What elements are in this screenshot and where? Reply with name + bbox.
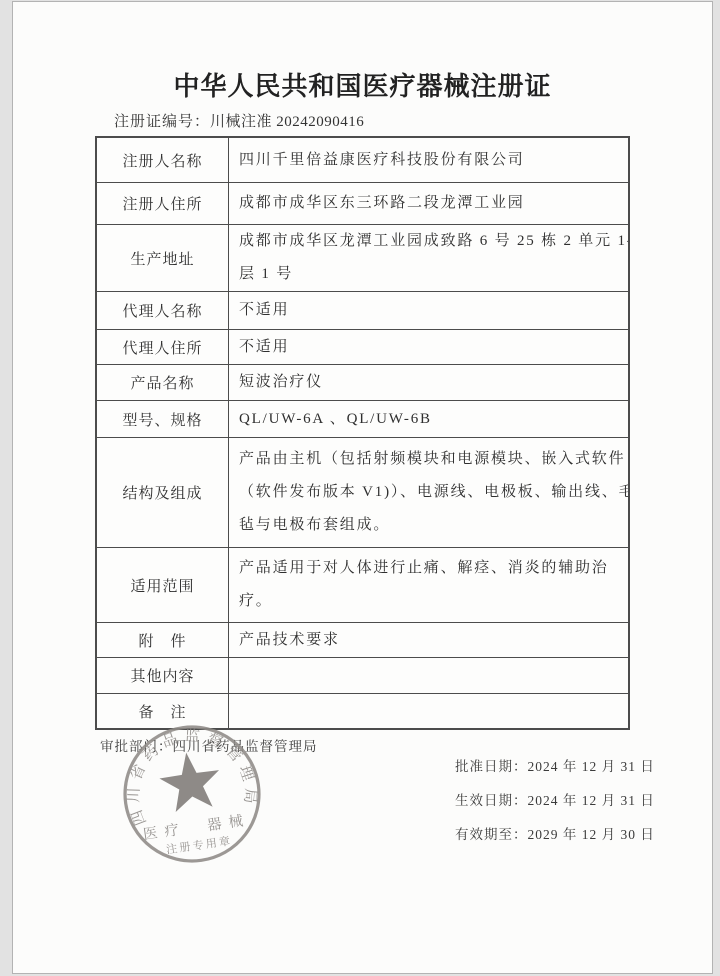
row-value bbox=[229, 694, 628, 728]
certificate-title: 中华人民共和国医疗器械注册证 bbox=[13, 66, 712, 103]
row-label: 注册人住所 bbox=[97, 183, 229, 224]
certificate-photo: { "doc": { "title": "中华人民共和国医疗器械注册证", "c… bbox=[0, 0, 720, 976]
table-row: 产品名称 短波治疗仪 bbox=[97, 365, 628, 401]
table-row: 生产地址 成都市成华区龙潭工业园成致路 6 号 25 栋 2 单元 1-3 层 … bbox=[97, 225, 628, 292]
row-label: 代理人名称 bbox=[97, 292, 229, 329]
expiry-date: 有效期至：2029 年 12 月 30 日 bbox=[455, 826, 655, 843]
table-row: 注册人名称 四川千里倍益康医疗科技股份有限公司 bbox=[97, 138, 628, 183]
table-row: 型号、规格 QL/UW-6A 、QL/UW-6B bbox=[97, 401, 628, 438]
table-row: 适用范围 产品适用于对人体进行止痛、解痉、消炎的辅助治 疗。 bbox=[97, 548, 628, 623]
row-value: 不适用 bbox=[229, 330, 628, 364]
row-value bbox=[229, 658, 628, 693]
row-value: 成都市成华区龙潭工业园成致路 6 号 25 栋 2 单元 1-3 层 1 号 bbox=[229, 225, 628, 291]
approve-date: 批准日期：2024 年 12 月 31 日 bbox=[455, 758, 655, 775]
table-row: 注册人住所 成都市成华区东三环路二段龙潭工业园 bbox=[97, 183, 628, 225]
table-row: 代理人名称 不适用 bbox=[97, 292, 628, 330]
row-label: 产品名称 bbox=[97, 365, 229, 400]
row-label: 结构及组成 bbox=[97, 438, 229, 547]
table-row: 结构及组成 产品由主机（包括射频模块和电源模块、嵌入式软件 （软件发布版本 V1… bbox=[97, 438, 628, 548]
row-value: 不适用 bbox=[229, 292, 628, 329]
row-label: 型号、规格 bbox=[97, 401, 229, 437]
effective-date: 生效日期：2024 年 12 月 31 日 bbox=[455, 792, 655, 809]
row-label: 生产地址 bbox=[97, 225, 229, 291]
certificate-page: 中华人民共和国医疗器械注册证 注册证编号：川械注准 20242090416 注册… bbox=[13, 2, 712, 973]
table-row: 代理人住所 不适用 bbox=[97, 330, 628, 365]
row-label: 附 件 bbox=[97, 623, 229, 657]
table-row: 其他内容 bbox=[97, 658, 628, 694]
certificate-number-value: 川械注准 20242090416 bbox=[210, 114, 364, 130]
row-label: 注册人名称 bbox=[97, 138, 229, 182]
table-row: 附 件 产品技术要求 bbox=[97, 623, 628, 658]
row-label: 适用范围 bbox=[97, 548, 229, 622]
row-value: QL/UW-6A 、QL/UW-6B bbox=[229, 401, 628, 437]
star-icon bbox=[156, 748, 224, 813]
dates-block: 批准日期：2024 年 12 月 31 日 生效日期：2024 年 12 月 3… bbox=[455, 758, 655, 860]
row-value: 四川千里倍益康医疗科技股份有限公司 bbox=[229, 138, 628, 182]
certificate-number-label: 注册证编号： bbox=[114, 114, 210, 130]
seal-device-text: 医疗 器械 bbox=[142, 810, 251, 843]
row-value: 产品由主机（包括射频模块和电源模块、嵌入式软件 （软件发布版本 V1)）、电源线… bbox=[229, 438, 628, 547]
row-value: 成都市成华区东三环路二段龙潭工业园 bbox=[229, 183, 628, 224]
certificate-table: 注册人名称 四川千里倍益康医疗科技股份有限公司 注册人住所 成都市成华区东三环路… bbox=[95, 136, 630, 730]
official-seal: 四川省药品监督管理局 医疗 器械 注册专用章 bbox=[120, 722, 264, 866]
row-value: 产品技术要求 bbox=[229, 623, 628, 657]
row-value: 短波治疗仪 bbox=[229, 365, 628, 400]
row-value: 产品适用于对人体进行止痛、解痉、消炎的辅助治 疗。 bbox=[229, 548, 628, 622]
row-label: 代理人住所 bbox=[97, 330, 229, 364]
certificate-number-line: 注册证编号：川械注准 20242090416 bbox=[114, 110, 364, 131]
row-label: 其他内容 bbox=[97, 658, 229, 693]
